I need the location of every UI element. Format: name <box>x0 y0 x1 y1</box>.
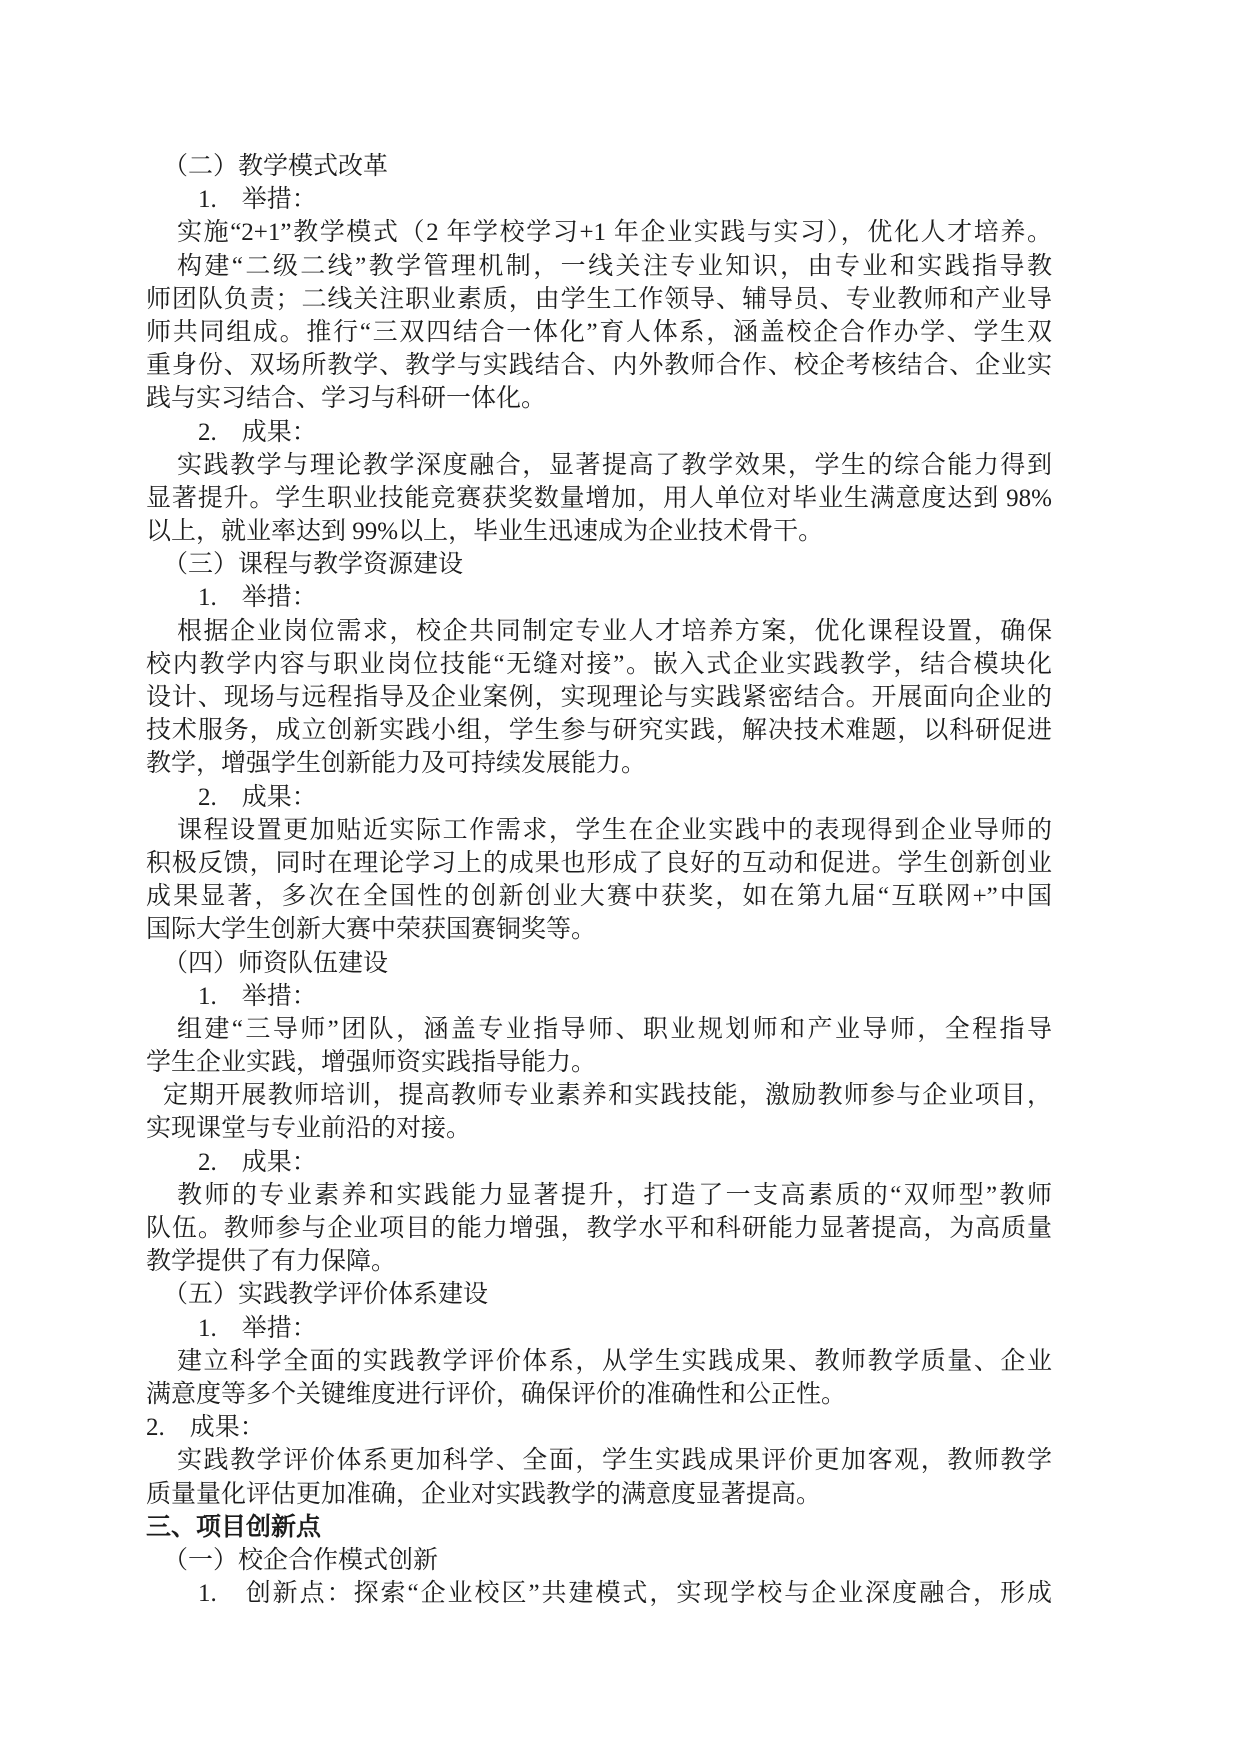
text-line: （二）教学模式改革 <box>146 150 1052 183</box>
text-line: 实现课堂与专业前沿的对接。 <box>146 1112 1052 1145</box>
text-line: 重身份、双场所教学、教学与实践结合、内外教师合作、校企考核结合、企业实 <box>146 349 1052 382</box>
text-line: 践与实习结合、学习与科研一体化。 <box>146 382 1052 415</box>
text-line: 实施“2+1”教学模式（2 年学校学习+1 年企业实践与实习），优化人才培养。 <box>146 216 1052 249</box>
text-line: 技术服务，成立创新实践小组，学生参与研究实践，解决技术难题，以科研促进 <box>146 714 1052 747</box>
text-line: 三、项目创新点 <box>146 1511 1052 1544</box>
document-body: （二）教学模式改革1. 举措：实施“2+1”教学模式（2 年学校学习+1 年企业… <box>146 150 1052 1610</box>
text-line: 2. 成果： <box>146 416 1052 449</box>
text-line: 2. 成果： <box>146 1411 1052 1444</box>
text-line: 1. 举措： <box>146 183 1052 216</box>
text-line: 成果显著，多次在全国性的创新创业大赛中获奖，如在第九届“互联网+”中国 <box>146 880 1052 913</box>
text-line: 师共同组成。推行“三双四结合一体化”育人体系，涵盖校企合作办学、学生双 <box>146 316 1052 349</box>
text-line: 1. 举措： <box>146 980 1052 1013</box>
text-line: （五）实践教学评价体系建设 <box>146 1278 1052 1311</box>
text-line: 以上，就业率达到 99%以上，毕业生迅速成为企业技术骨干。 <box>146 515 1052 548</box>
text-line: 质量量化评估更加准确，企业对实践教学的满意度显著提高。 <box>146 1478 1052 1511</box>
document-page: （二）教学模式改革1. 举措：实施“2+1”教学模式（2 年学校学习+1 年企业… <box>0 0 1240 1753</box>
text-line: 实践教学评价体系更加科学、全面，学生实践成果评价更加客观，教师教学 <box>146 1444 1052 1477</box>
text-line: 积极反馈，同时在理论学习上的成果也形成了良好的互动和促进。学生创新创业 <box>146 847 1052 880</box>
text-line: 设计、现场与远程指导及企业案例，实现理论与实践紧密结合。开展面向企业的 <box>146 681 1052 714</box>
text-line: 课程设置更加贴近实际工作需求，学生在企业实践中的表现得到企业导师的 <box>146 814 1052 847</box>
text-line: 国际大学生创新大赛中荣获国赛铜奖等。 <box>146 913 1052 946</box>
text-line: 1. 创新点：探索“企业校区”共建模式，实现学校与企业深度融合，形成 <box>146 1577 1052 1610</box>
text-line: 建立科学全面的实践教学评价体系，从学生实践成果、教师教学质量、企业 <box>146 1345 1052 1378</box>
text-line: （四）师资队伍建设 <box>146 947 1052 980</box>
text-line: （一）校企合作模式创新 <box>146 1544 1052 1577</box>
text-line: 构建“二级二线”教学管理机制，一线关注专业知识，由专业和实践指导教 <box>146 250 1052 283</box>
text-line: 定期开展教师培训，提高教师专业素养和实践技能，激励教师参与企业项目， <box>146 1079 1052 1112</box>
text-line: 学生企业实践，增强师资实践指导能力。 <box>146 1046 1052 1079</box>
text-line: （三）课程与教学资源建设 <box>146 548 1052 581</box>
text-line: 校内教学内容与职业岗位技能“无缝对接”。嵌入式企业实践教学，结合模块化 <box>146 648 1052 681</box>
text-line: 1. 举措： <box>146 1312 1052 1345</box>
text-line: 组建“三导师”团队，涵盖专业指导师、职业规划师和产业导师，全程指导 <box>146 1013 1052 1046</box>
text-line: 1. 举措： <box>146 581 1052 614</box>
text-line: 教学提供了有力保障。 <box>146 1245 1052 1278</box>
text-line: 显著提升。学生职业技能竞赛获奖数量增加，用人单位对毕业生满意度达到 98% <box>146 482 1052 515</box>
text-line: 师团队负责；二线关注职业素质，由学生工作领导、辅导员、专业教师和产业导 <box>146 283 1052 316</box>
text-line: 根据企业岗位需求，校企共同制定专业人才培养方案，优化课程设置，确保 <box>146 615 1052 648</box>
text-line: 2. 成果： <box>146 781 1052 814</box>
text-line: 2. 成果： <box>146 1146 1052 1179</box>
text-line: 队伍。教师参与企业项目的能力增强，教学水平和科研能力显著提高，为高质量 <box>146 1212 1052 1245</box>
text-line: 实践教学与理论教学深度融合，显著提高了教学效果，学生的综合能力得到 <box>146 449 1052 482</box>
text-line: 教学，增强学生创新能力及可持续发展能力。 <box>146 747 1052 780</box>
text-line: 教师的专业素养和实践能力显著提升，打造了一支高素质的“双师型”教师 <box>146 1179 1052 1212</box>
text-line: 满意度等多个关键维度进行评价，确保评价的准确性和公正性。 <box>146 1378 1052 1411</box>
